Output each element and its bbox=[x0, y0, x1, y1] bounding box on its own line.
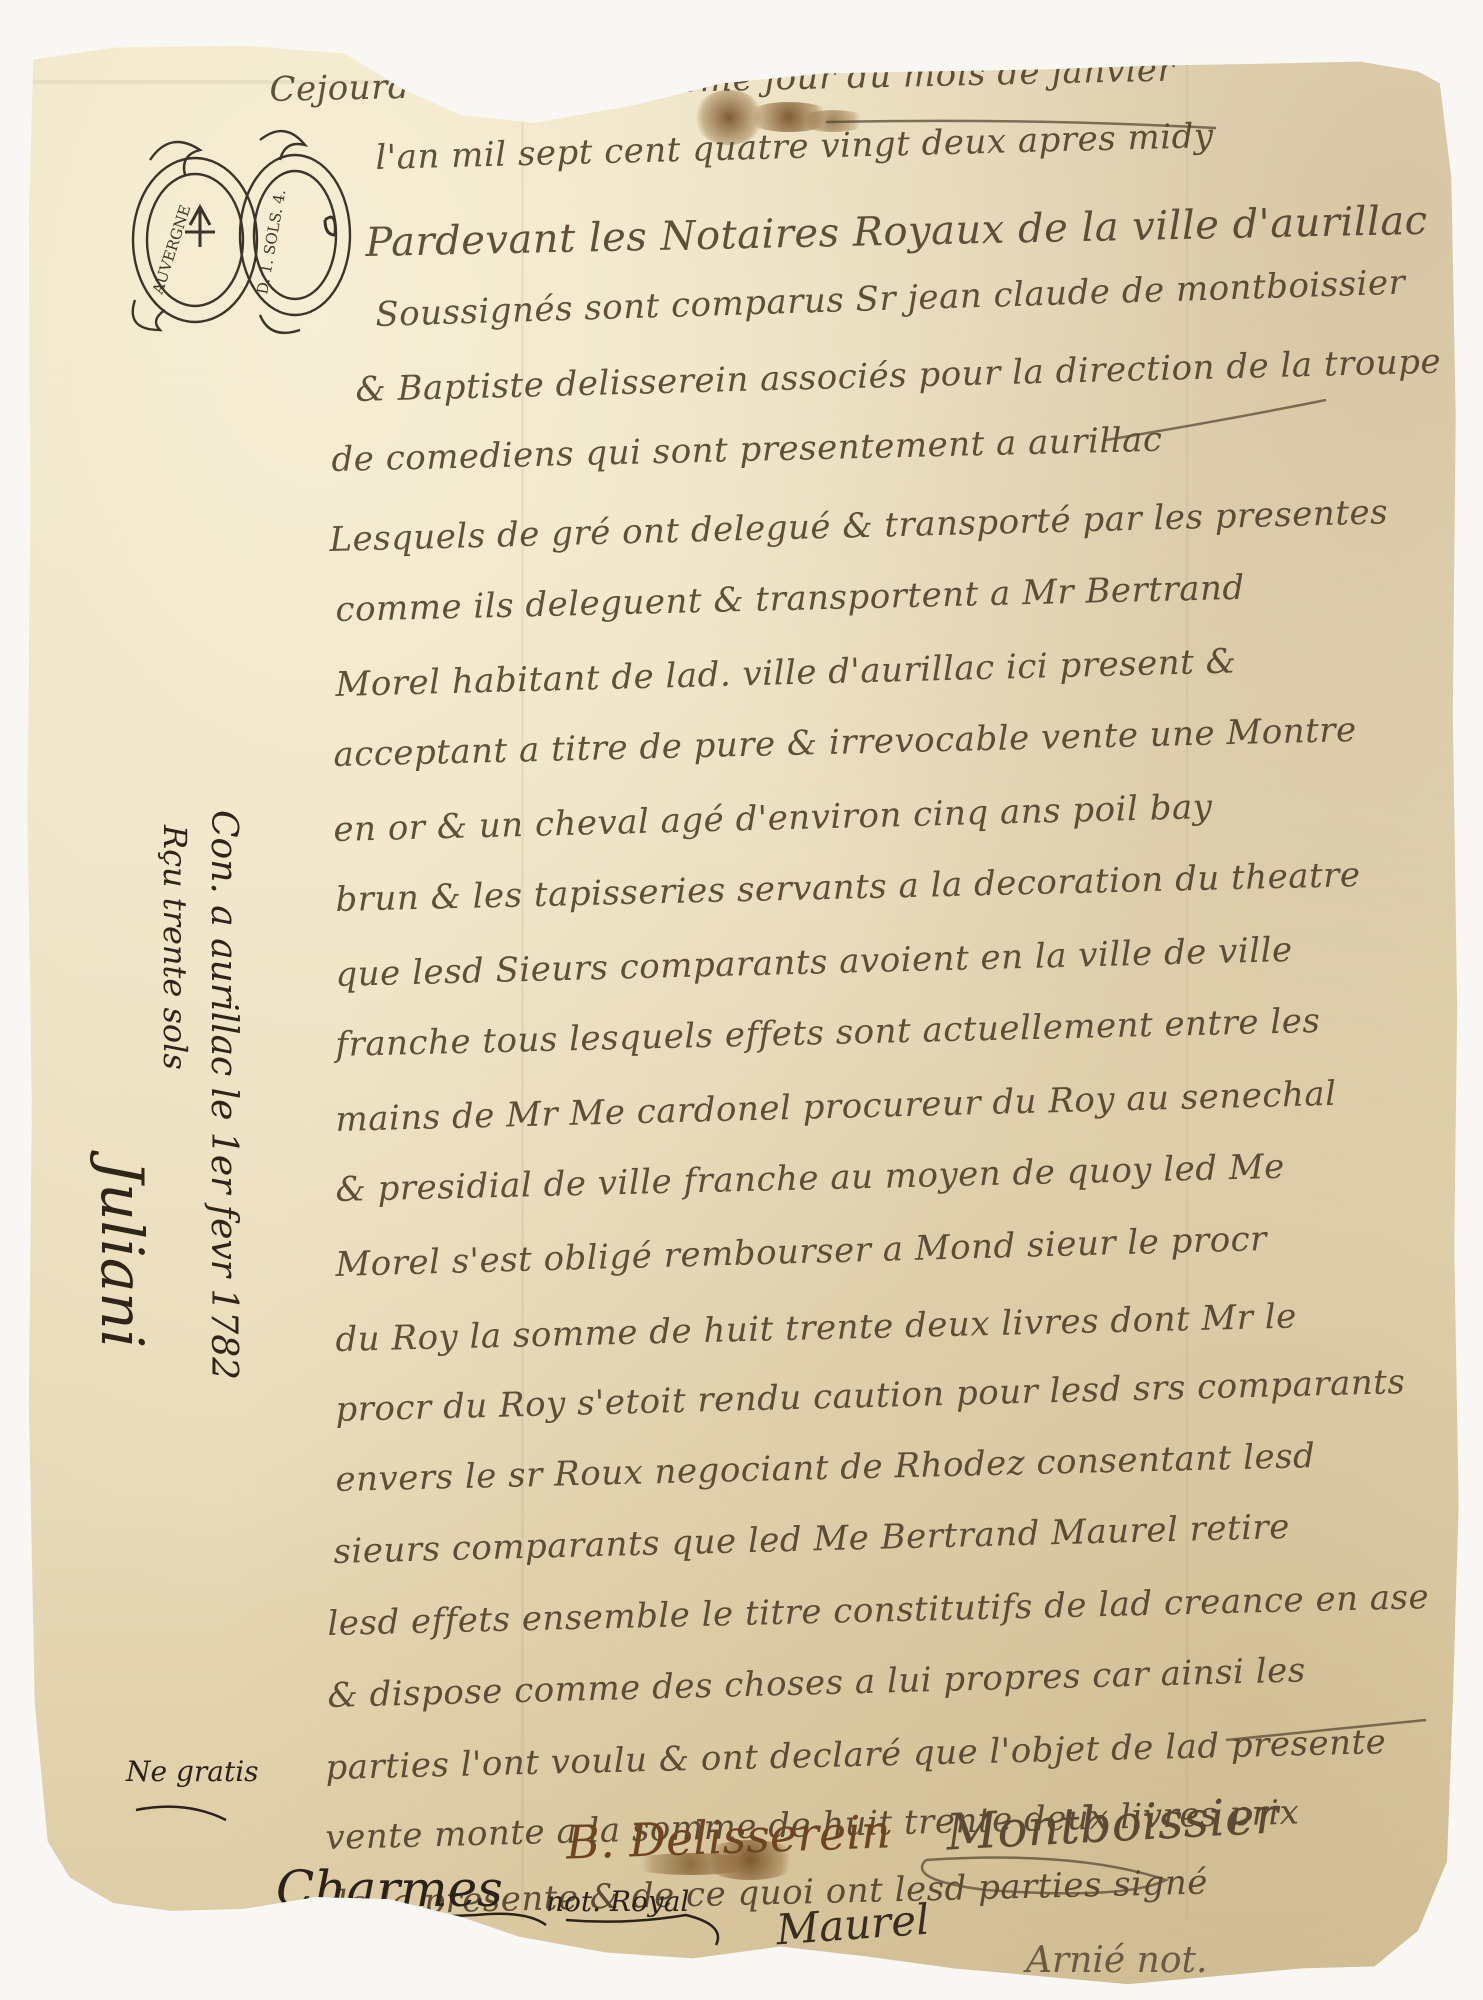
signature-charmes: Charmes bbox=[276, 1860, 503, 1918]
text-line: envers le sr Roux negociant de Rhodez co… bbox=[335, 1436, 1316, 1500]
signature-delisserein: B. Delisserein bbox=[565, 1804, 891, 1869]
text-line: brun & les tapisseries servants a la dec… bbox=[335, 855, 1361, 920]
text-line: sieurs comparants que led Me Bertrand Ma… bbox=[333, 1507, 1290, 1572]
text-line: comme ils deleguent & transportent a Mr … bbox=[335, 568, 1245, 630]
text-line: procr du Roy s'etoit rendu caution pour … bbox=[335, 1362, 1406, 1430]
text-line: du Roy la somme de huit trente deux livr… bbox=[335, 1297, 1297, 1360]
text-line: Lesquels de gré ont delegué & transporté… bbox=[329, 492, 1389, 560]
text-line: Cejourd'huy vingt-huitieme jour du mois … bbox=[269, 49, 1174, 110]
margin-registration-note: Con. a aurillac le 1er fevr 1782 bbox=[203, 810, 244, 1380]
signature-charmes-title: not. Royal bbox=[546, 1885, 689, 1918]
margin-signature: Juliani bbox=[88, 1160, 156, 1348]
text-line: acceptant a titre de pure & irrevocable … bbox=[333, 710, 1357, 775]
text-line: en or & un cheval agé d'environ cinq ans… bbox=[333, 787, 1213, 850]
text-line: lesd effets ensemble le titre constituti… bbox=[327, 1577, 1430, 1644]
text-line: & presidial de ville franche au moyen de… bbox=[335, 1147, 1285, 1210]
text-line: franche tous lesquels effets sont actuel… bbox=[335, 1001, 1321, 1065]
text-line: Soussignés sont comparus Sr jean claude … bbox=[375, 263, 1406, 335]
text-line: parties l'ont voulu & ont declaré que l'… bbox=[325, 1722, 1387, 1788]
document-scan: AUVERGNE D. 1. SOLS. 4. Cejourd'huy ving… bbox=[0, 0, 1483, 2000]
text-line: & dispose comme des choses a lui propres… bbox=[327, 1650, 1306, 1716]
text-line: l'an mil sept cent quatre vingt deux apr… bbox=[375, 116, 1214, 178]
text-line: que lesd Sieurs comparants avoient en la… bbox=[335, 930, 1293, 995]
paper-sheet: AUVERGNE D. 1. SOLS. 4. Cejourd'huy ving… bbox=[26, 20, 1476, 2000]
text-line: Pardevant les Notaires Royaux de la vill… bbox=[365, 198, 1428, 266]
text-line: mains de Mr Me cardonel procureur du Roy… bbox=[335, 1074, 1337, 1140]
text-line: de comediens qui sont presentement a aur… bbox=[331, 420, 1163, 480]
text-line: Morel s'est obligé rembourser a Mond sie… bbox=[335, 1219, 1268, 1285]
text-line: Morel habitant de lad. ville d'aurillac … bbox=[335, 641, 1237, 705]
signature-arnie: Arnié not. bbox=[1026, 1940, 1207, 1981]
gratis-note: Ne gratis bbox=[126, 1755, 259, 1788]
margin-fee-note: Rçu trente sols bbox=[156, 825, 194, 1070]
text-line: & Baptiste delisserein associés pour la … bbox=[355, 342, 1442, 410]
